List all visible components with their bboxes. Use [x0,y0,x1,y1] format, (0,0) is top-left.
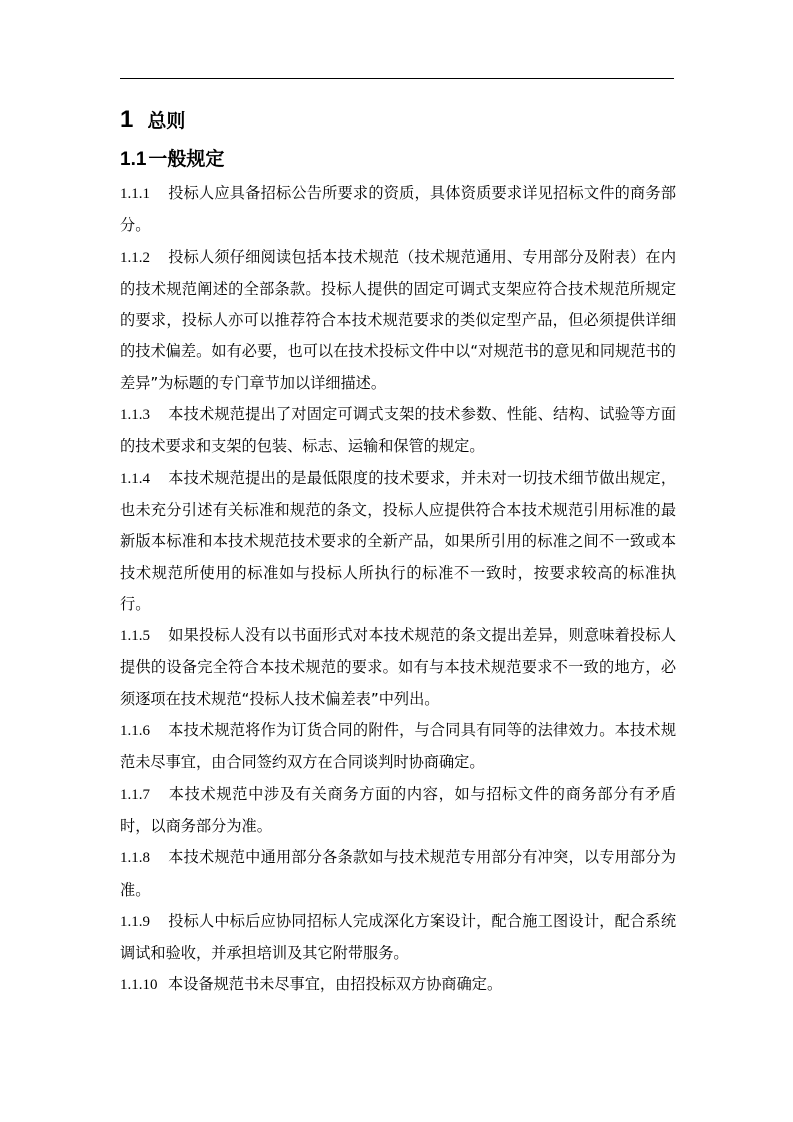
clause-text: 投标人应具备招标公告所要求的资质，具体资质要求详见招标文件的商务部分。 [120,184,676,234]
clause-number: 1.1.7 [120,780,168,811]
chapter-title: 总则 [147,110,185,132]
clause-number: 1.1.5 [120,621,168,652]
clause-text: 如果投标人没有以书面形式对本技术规范的条文提出差异，则意味着投标人提供的设备完全… [120,626,676,708]
clause-text: 本技术规范提出的是最低限度的技术要求，并未对一切技术细节做出规定，也未充分引述有… [120,469,676,613]
section-title: 一般规定 [148,148,224,170]
section-heading: 1.1一般规定 [120,140,676,178]
document-body: 1总则 1.1一般规定 1.1.1投标人应具备招标公告所要求的资质，具体资质要求… [120,100,676,1002]
clause-number: 1.1.9 [120,907,168,938]
clause-text: 本技术规范提出了对固定可调式支架的技术参数、性能、结构、试验等方面的技术要求和支… [120,405,676,455]
header-rule [120,78,674,79]
clause-1-1-6: 1.1.6本技术规范将作为订货合同的附件，与合同具有同等的法律效力。本技术规范未… [120,715,676,779]
clause-1-1-7: 1.1.7本技术规范中涉及有关商务方面的内容，如与招标文件的商务部分有矛盾时，以… [120,779,676,843]
clause-text: 本技术规范将作为订货合同的附件，与合同具有同等的法律效力。本技术规范未尽事宜，由… [120,721,676,771]
clause-number: 1.1.1 [120,179,168,210]
clause-text: 本技术规范中通用部分各条款如与技术规范专用部分有冲突，以专用部分为准。 [120,848,676,898]
clause-number: 1.1.2 [120,243,168,274]
clause-1-1-8: 1.1.8本技术规范中通用部分各条款如与技术规范专用部分有冲突，以专用部分为准。 [120,842,676,906]
section-number: 1.1 [120,149,146,170]
clause-number: 1.1.6 [120,716,168,747]
clause-text: 投标人须仔细阅读包括本技术规范（技术规范通用、专用部分及附表）在内的技术规范阐述… [120,248,676,392]
clause-text: 本技术规范中涉及有关商务方面的内容，如与招标文件的商务部分有矛盾时，以商务部分为… [120,785,676,835]
clause-text: 投标人中标后应协同招标人完成深化方案设计，配合施工图设计，配合系统调试和验收，并… [120,912,676,962]
clause-text: 本设备规范书未尽事宜，由招投标双方协商确定。 [168,975,502,993]
clause-number: 1.1.3 [120,400,168,431]
clause-1-1-3: 1.1.3本技术规范提出了对固定可调式支架的技术参数、性能、结构、试验等方面的技… [120,399,676,463]
clause-number: 1.1.10 [120,970,168,1001]
clause-1-1-4: 1.1.4本技术规范提出的是最低限度的技术要求，并未对一切技术细节做出规定，也未… [120,463,676,620]
clause-1-1-5: 1.1.5如果投标人没有以书面形式对本技术规范的条文提出差异，则意味着投标人提供… [120,620,676,715]
clause-number: 1.1.8 [120,843,168,874]
clause-1-1-10: 1.1.10本设备规范书未尽事宜，由招投标双方协商确定。 [120,969,676,1001]
chapter-heading: 1总则 [120,100,676,140]
clause-1-1-9: 1.1.9投标人中标后应协同招标人完成深化方案设计，配合施工图设计，配合系统调试… [120,906,676,970]
chapter-number: 1 [120,106,133,133]
clause-1-1-1: 1.1.1投标人应具备招标公告所要求的资质，具体资质要求详见招标文件的商务部分。 [120,178,676,242]
clause-1-1-2: 1.1.2投标人须仔细阅读包括本技术规范（技术规范通用、专用部分及附表）在内的技… [120,242,676,399]
clause-number: 1.1.4 [120,464,168,495]
